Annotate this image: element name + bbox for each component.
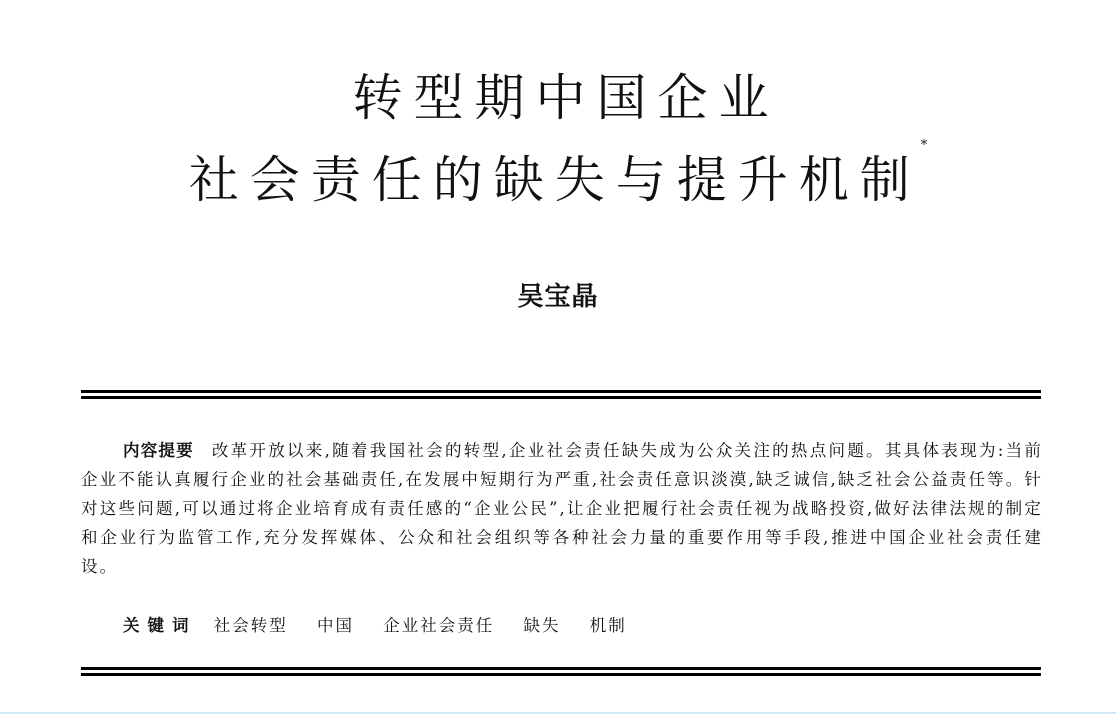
double-rule-top [81,390,1041,399]
author-name: 吴宝晶 [0,276,1116,313]
keywords-label: 关键词 [123,616,197,635]
keyword-item: 缺失 [524,616,561,635]
keyword-item: 中国 [317,616,354,635]
title-text-2: 社会责任的缺失与提升机制 [189,151,921,209]
page-bottom-edge [0,712,1116,714]
keyword-item: 企业社会责任 [383,616,494,635]
footnote-marker[interactable]: * [921,138,928,153]
abstract-text: 改革开放以来,随着我国社会的转型,企业社会责任缺失成为公众关注的热点问题。其具体… [81,441,1043,576]
keywords-section: 关键词 社会转型 中国 企业社会责任 缺失 机制 [123,612,649,636]
title-line-1: 转型期中国企业 [0,58,1116,130]
abstract-label: 内容提要 [123,441,194,460]
abstract-section: 内容提要改革开放以来,随着我国社会的转型,企业社会责任缺失成为公众关注的热点问题… [81,436,1043,581]
keyword-item: 社会转型 [214,616,288,635]
abstract-paragraph: 内容提要改革开放以来,随着我国社会的转型,企业社会责任缺失成为公众关注的热点问题… [81,436,1043,581]
keyword-item: 机制 [590,616,627,635]
title-text-1: 转型期中国企业 [353,69,780,127]
double-rule-bottom [81,667,1041,676]
title-line-2: 社会责任的缺失与提升机制* [0,140,1116,212]
